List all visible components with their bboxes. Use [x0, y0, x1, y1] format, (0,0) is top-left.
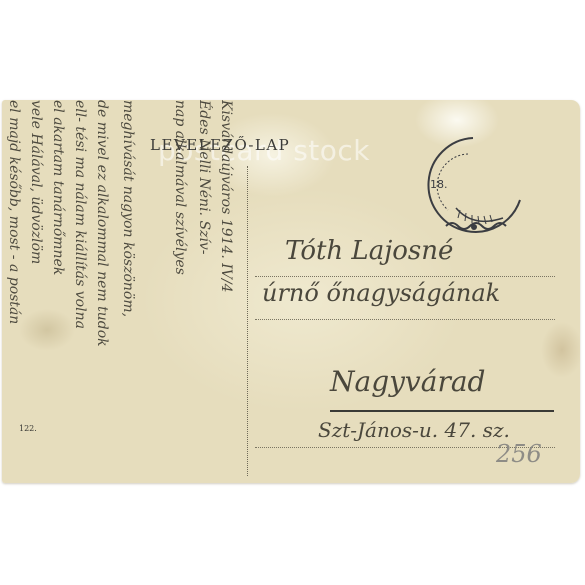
- address-underline: [330, 410, 554, 412]
- message-line: el akartam tanárnőmnek: [50, 100, 66, 275]
- address-name: Tóth Lajosné: [285, 236, 453, 266]
- address-title: úrnő őnagyságának: [262, 279, 500, 307]
- message-line: de mivel ez alkalommal nem tudok: [94, 100, 110, 347]
- archive-number: 256: [496, 440, 542, 468]
- message-line: meghívását nagyon köszönöm,: [120, 100, 136, 317]
- message-line: el majd később, most - a postán: [6, 100, 22, 324]
- address-city: Nagyvárad: [330, 365, 485, 398]
- svg-text:18.: 18.: [430, 178, 448, 191]
- address-street: Szt-János-u. 47. sz.: [318, 418, 510, 442]
- message-line: Kisvárdaújváros 1914. IV/4: [218, 100, 234, 293]
- print-number: 122.: [19, 424, 37, 433]
- message-area: Kisvárdaújváros 1914. IV/4 Édes Nelli Né…: [0, 100, 250, 483]
- message-line: vele Hálával, üdvözlöm: [28, 100, 44, 264]
- message-line: nap alkalmával szívélyes: [172, 100, 188, 275]
- address-line: [255, 319, 555, 320]
- address-line: [255, 276, 555, 277]
- postmark-icon: 18.: [418, 130, 528, 240]
- message-line: ell- tési ma nálam kiállítás volna: [72, 100, 88, 329]
- message-line: Édes Nelli Néni. Szív-: [196, 100, 212, 255]
